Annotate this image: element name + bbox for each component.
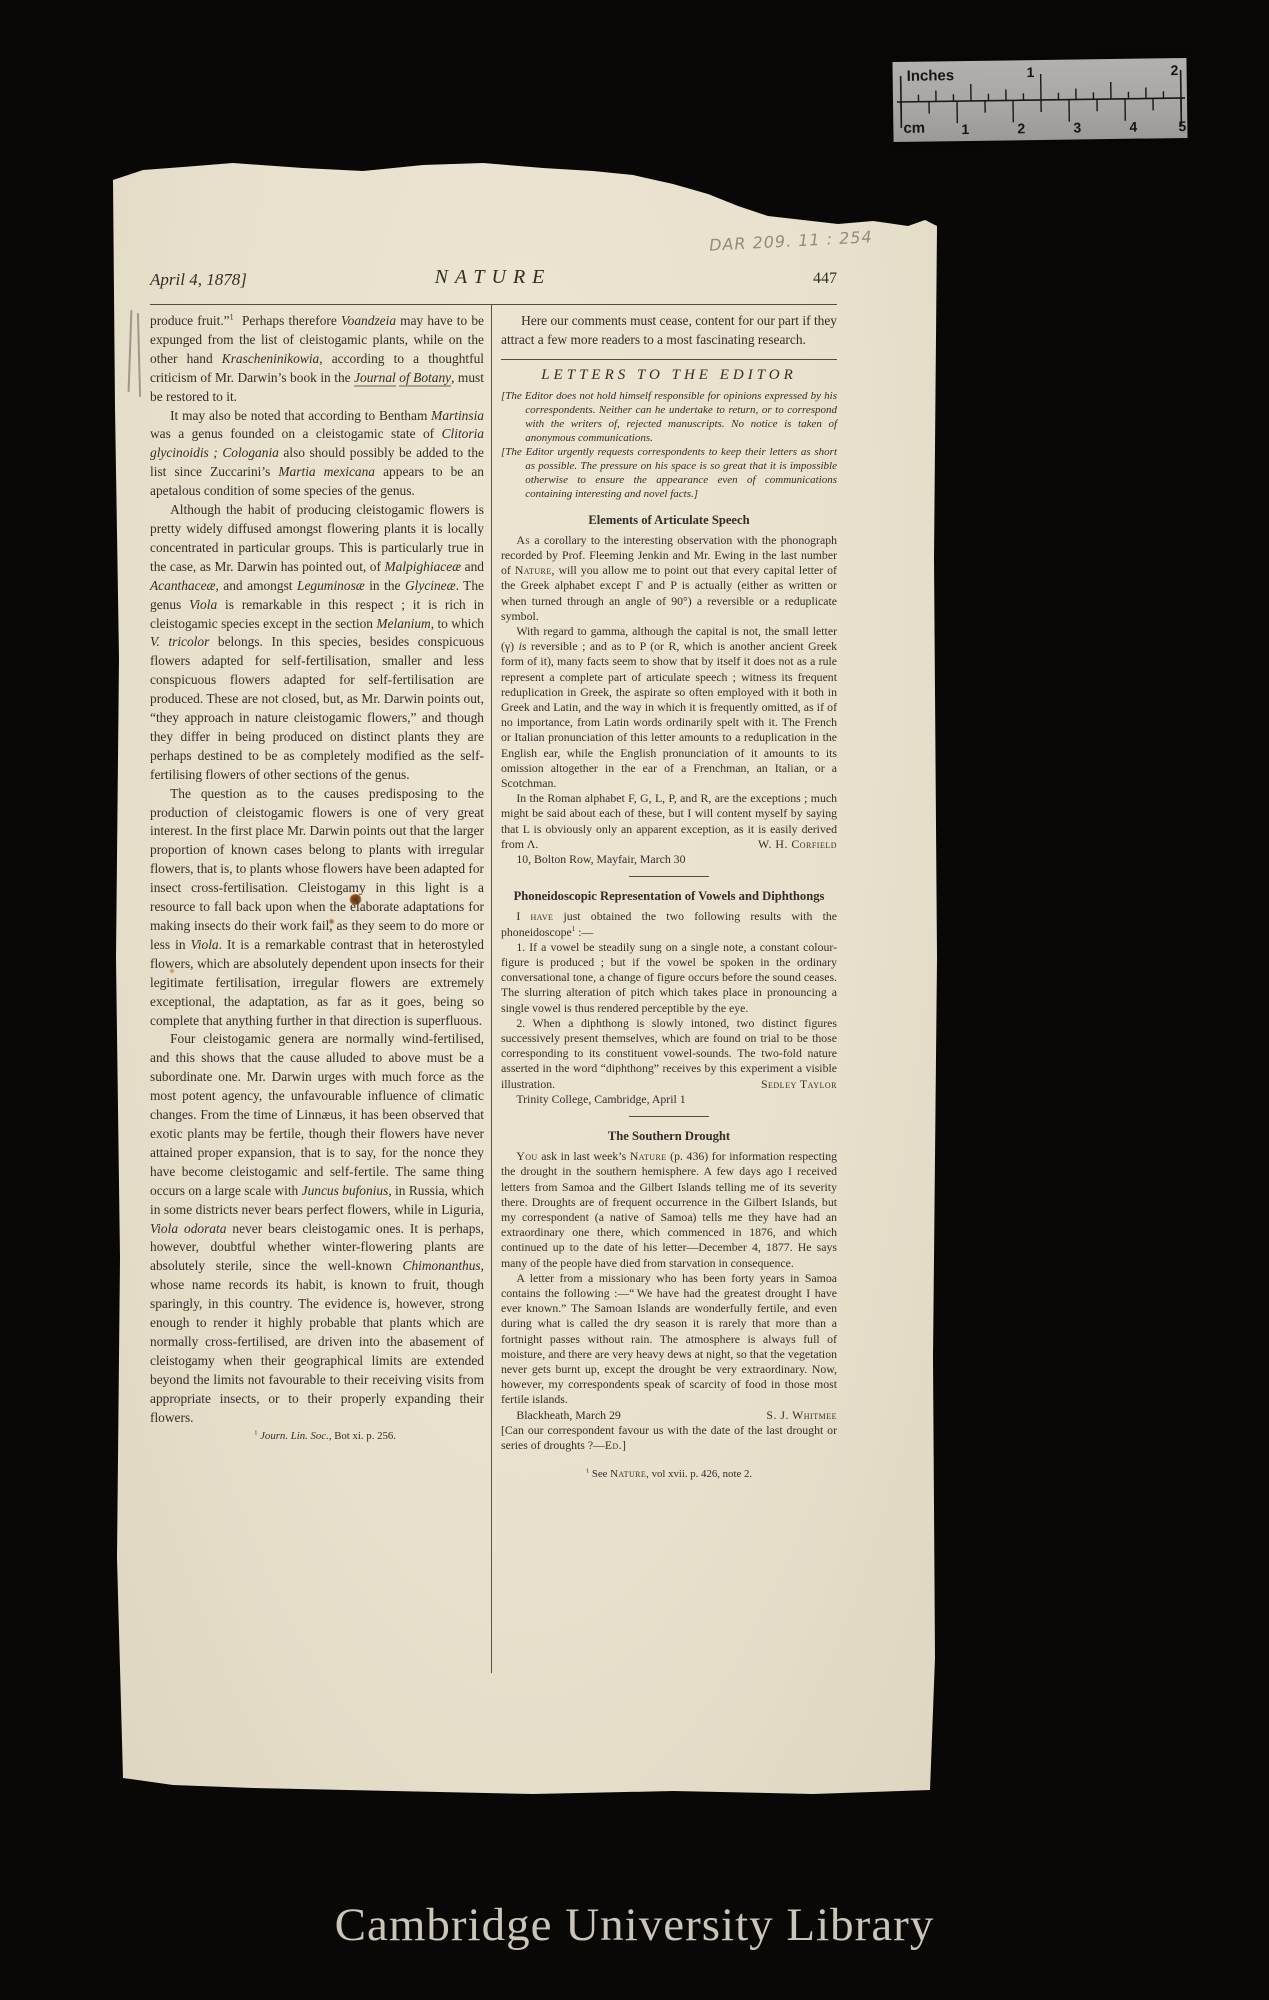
pencil-margin-mark	[128, 310, 133, 392]
article-paragraph: produce fruit.”1 Perhaps therefore Voand…	[150, 312, 484, 407]
letter-address: Blackheath, March 29	[501, 1408, 621, 1423]
ruler-cm-number: 1	[961, 121, 969, 137]
editor-disclaimer: [The Editor urgently requests correspond…	[501, 445, 837, 501]
photograph-of-journal-page: { "photo": { "annotation": "DAR 209. 11 …	[0, 0, 1269, 2000]
letter-title: The Southern Drought	[509, 1129, 829, 1144]
library-watermark: Cambridge University Library	[0, 1898, 1269, 1952]
letter-title: Elements of Articulate Speech	[509, 513, 829, 528]
editor-disclaimer: [The Editor does not hold himself respon…	[501, 389, 837, 445]
section-rule	[501, 359, 837, 360]
issue-date: April 4, 1878]	[150, 270, 247, 290]
letter-address-signature-row: Blackheath, March 29 S. J. Whitmee	[501, 1408, 837, 1423]
letter-divider	[629, 876, 709, 877]
left-column: produce fruit.”1 Perhaps therefore Voand…	[150, 312, 484, 1446]
article-paragraph: The question as to the causes predisposi…	[150, 785, 484, 1031]
right-column: Here our comments must cease, content fo…	[501, 312, 837, 1484]
ruler-cm-number: 2	[1017, 120, 1025, 136]
header-rule	[150, 304, 837, 305]
letter-paragraph: With regard to gamma, although the capit…	[501, 624, 837, 791]
article-paragraph: Although the habit of producing cleistog…	[150, 501, 484, 785]
letter-address: Trinity College, Cambridge, April 1	[501, 1092, 837, 1107]
column-divider	[491, 305, 492, 1673]
letter-the-southern-drought: The Southern Drought You ask in last wee…	[501, 1129, 837, 1453]
ruler-inch-number: 2	[1170, 62, 1178, 78]
ruler-inch-number: 1	[1026, 64, 1034, 80]
letter-divider	[629, 1116, 709, 1117]
ruler-cm-number: 5	[1178, 118, 1186, 134]
footnote: 1 See Nature, vol xvii. p. 426, note 2.	[501, 1465, 837, 1484]
footnote: 1 Journ. Lin. Soc., Bot xi. p. 256.	[150, 1427, 484, 1446]
ruler-cm-number: 4	[1129, 119, 1137, 135]
letter-paragraph: 1. If a vowel be steadily sung on a sing…	[501, 940, 837, 1016]
measuring-scale-ruler: Inches cm 1 2 1 2 3 4 5	[892, 58, 1187, 142]
letter-paragraph: As a corollary to the interesting observ…	[501, 533, 837, 624]
ruler-cm-label: cm	[903, 120, 925, 137]
letter-paragraph: You ask in last week’s Nature (p. 436) f…	[501, 1149, 837, 1271]
letter-signature: W. H. Corfield	[501, 837, 837, 852]
ruler-cm-number: 3	[1073, 119, 1081, 135]
letter-elements-of-articulate-speech: Elements of Articulate Speech As a corol…	[501, 513, 837, 868]
article-paragraph: Here our comments must cease, content fo…	[501, 312, 837, 350]
pencil-margin-mark	[137, 313, 141, 397]
journal-title: NATURE	[403, 266, 583, 289]
article-paragraph: It may also be noted that according to B…	[150, 407, 484, 502]
letter-signature: S. J. Whitmee	[766, 1408, 837, 1423]
letter-paragraph: I have just obtained the two following r…	[501, 909, 837, 939]
section-title: LETTERS TO THE EDITOR	[501, 366, 837, 385]
letter-title: Phoneidoscopic Representation of Vowels …	[509, 889, 829, 904]
letter-paragraph: A letter from a missionary who has been …	[501, 1271, 837, 1408]
letter-address: 10, Bolton Row, Mayfair, March 30	[501, 852, 837, 867]
letter-phoneidoscopic-representation: Phoneidoscopic Representation of Vowels …	[501, 889, 837, 1107]
editor-note: [Can our correspondent favour us with th…	[501, 1423, 837, 1453]
article-paragraph: Four cleistogamic genera are normally wi…	[150, 1030, 484, 1427]
journal-page: DAR 209. 11 : 254 April 4, 1878] NATURE …	[113, 158, 938, 1795]
archive-reference-annotation: DAR 209. 11 : 254	[709, 224, 930, 254]
ruler-inches-label: Inches	[907, 67, 955, 85]
page-number: 447	[773, 270, 837, 288]
